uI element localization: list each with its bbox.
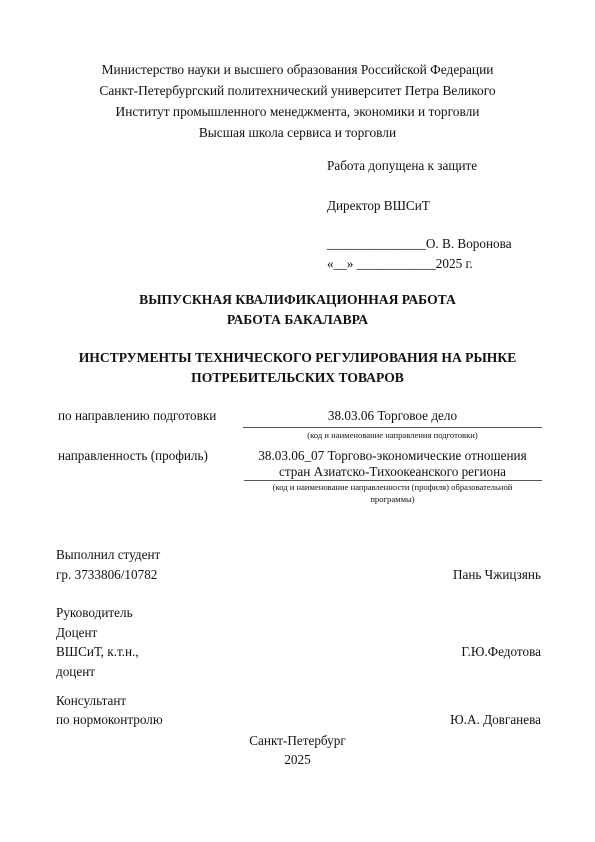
school-line: Высшая школа сервиса и торговли xyxy=(0,125,595,141)
supervisor-department: ВШСиТ, к.т.н., xyxy=(56,644,139,660)
approval-date-line: «__» ____________2025 г. xyxy=(327,256,473,272)
student-role: Выполнил студент xyxy=(56,547,160,563)
profile-caption-line2: программы) xyxy=(243,494,542,504)
profile-value-line1: 38.03.06_07 Торгово-экономические отноше… xyxy=(243,448,542,464)
degree-title: РАБОТА БАКАЛАВРА xyxy=(0,312,595,328)
approval-position: Директор ВШСиТ xyxy=(327,198,430,214)
consultant-name: Ю.А. Довганева xyxy=(450,712,541,728)
institute-line: Институт промышленного менеджмента, экон… xyxy=(0,104,595,120)
supervisor-role: Руководитель xyxy=(56,605,133,621)
supervisor-position: Доцент xyxy=(56,625,97,641)
consultant-area: по нормоконтролю xyxy=(56,712,163,728)
profile-value-line2: стран Азиатско-Тихоокеанского региона xyxy=(243,464,542,480)
approval-admitted-text: Работа допущена к защите xyxy=(327,158,477,174)
approval-signature-line: _______________О. В. Воронова xyxy=(327,236,512,252)
direction-value: 38.03.06 Торговое дело xyxy=(243,408,542,424)
consultant-role: Консультант xyxy=(56,693,126,709)
footer-city: Санкт-Петербург xyxy=(245,733,350,749)
profile-label: направленность (профиль) xyxy=(58,448,208,464)
work-type-title: ВЫПУСКНАЯ КВАЛИФИКАЦИОННАЯ РАБОТА xyxy=(0,292,595,308)
ministry-line: Министерство науки и высшего образования… xyxy=(0,62,595,78)
direction-underline xyxy=(243,427,542,428)
direction-label: по направлению подготовки xyxy=(58,408,216,424)
direction-caption: (код и наименование направления подготов… xyxy=(243,430,542,440)
student-name: Пань Чжицзянь xyxy=(453,567,541,583)
topic-title-line1: ИНСТРУМЕНТЫ ТЕХНИЧЕСКОГО РЕГУЛИРОВАНИЯ Н… xyxy=(0,350,595,366)
footer-year: 2025 xyxy=(245,752,350,768)
supervisor-title: доцент xyxy=(56,664,95,680)
university-line: Санкт-Петербургский политехнический унив… xyxy=(0,83,595,99)
profile-underline xyxy=(244,480,542,481)
student-group: гр. 3733806/10782 xyxy=(56,567,157,583)
profile-caption-line1: (код и наименование направленности (проф… xyxy=(243,482,542,492)
topic-title-line2: ПОТРЕБИТЕЛЬСКИХ ТОВАРОВ xyxy=(0,370,595,386)
supervisor-name: Г.Ю.Федотова xyxy=(461,644,541,660)
